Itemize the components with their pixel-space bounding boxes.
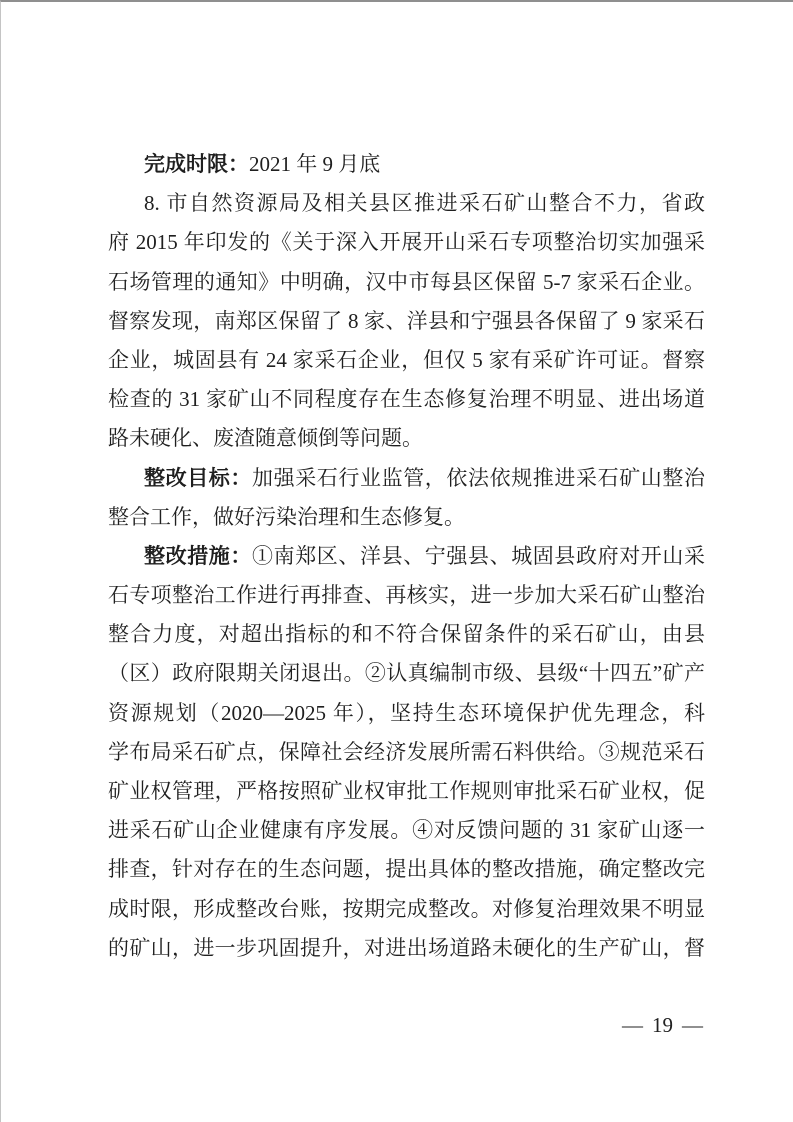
text-line: 进采石矿山企业健康有序发展。④对反馈问题的 31 家矿山逐一 — [108, 811, 705, 850]
text-line: 整改目标：加强采石行业监管，依法依规推进采石矿山整治 — [108, 459, 705, 498]
text-line: 整合力度，对超出指标的和不符合保留条件的采石矿山，由县 — [108, 615, 705, 654]
text-line: 的矿山，进一步巩固提升，对进出场道路未硬化的生产矿山，督 — [108, 929, 705, 968]
text-line: 府 2015 年印发的《关于深入开展开山采石专项整治切实加强采 — [108, 223, 705, 262]
bold-label: 整改措施： — [144, 545, 252, 568]
page-number-dash-right: — — [682, 1010, 703, 1040]
text-line: 检查的 31 家矿山不同程度存在生态修复治理不明显、进出场道 — [108, 380, 705, 419]
bold-label: 完成时限： — [144, 153, 249, 176]
text-line: 企业，城固县有 24 家采石企业，但仅 5 家有采矿许可证。督察 — [108, 341, 705, 380]
text-line: 整合工作，做好污染治理和生态修复。 — [108, 498, 705, 537]
text-line: （区）政府限期关闭退出。②认真编制市级、县级“十四五”矿产 — [108, 654, 705, 693]
text-line: 8. 市自然资源局及相关县区推进采石矿山整合不力，省政 — [108, 184, 705, 223]
text-line: 排查，针对存在的生态问题，提出具体的整改措施，确定整改完 — [108, 850, 705, 889]
text-line: 成时限，形成整改台账，按期完成整改。对修复治理效果不明显 — [108, 890, 705, 929]
text-line: 资源规划（2020—2025 年），坚持生态环境保护优先理念，科 — [108, 694, 705, 733]
text-line: 石场管理的通知》中明确，汉中市每县区保留 5-7 家采石企业。 — [108, 263, 705, 302]
text-block: 完成时限：2021 年 9 月底8. 市自然资源局及相关县区推进采石矿山整合不力… — [108, 145, 705, 968]
text-line: 矿业权管理，严格按照矿业权审批工作规则审批采石矿业权，促 — [108, 772, 705, 811]
page-number-dash-left: — — [622, 1010, 643, 1040]
page-number: — 19 — — [622, 1010, 703, 1040]
text-line: 石专项整治工作进行再排查、再核实，进一步加大采石矿山整治 — [108, 576, 705, 615]
text-line: 路未硬化、废渣随意倾倒等问题。 — [108, 419, 705, 458]
page-number-value: 19 — [652, 1010, 673, 1040]
text-line: 整改措施：①南郑区、洋县、宁强县、城固县政府对开山采 — [108, 537, 705, 576]
text-line: 学布局采石矿点，保障社会经济发展所需石料供给。③规范采石 — [108, 733, 705, 772]
text-line: 完成时限：2021 年 9 月底 — [108, 145, 705, 184]
text-line: 督察发现，南郑区保留了 8 家、洋县和宁强县各保留了 9 家采石 — [108, 302, 705, 341]
bold-label: 整改目标： — [144, 467, 252, 490]
document-page: 完成时限：2021 年 9 月底8. 市自然资源局及相关县区推进采石矿山整合不力… — [0, 0, 793, 1122]
